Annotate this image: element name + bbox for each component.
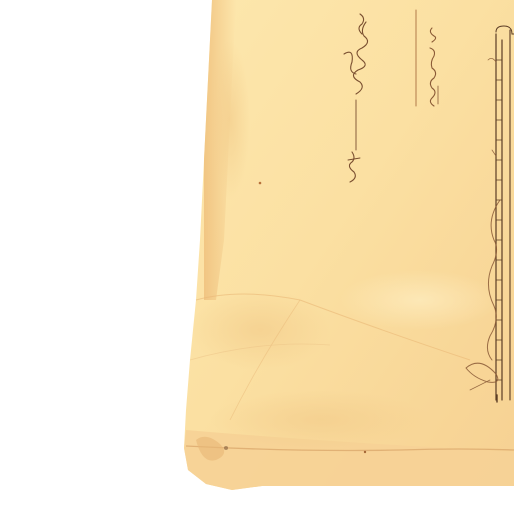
document-photo — [0, 0, 514, 514]
paper-sheet — [184, 0, 514, 490]
photo-scene: Lovere Largh... 14. — [0, 0, 514, 514]
